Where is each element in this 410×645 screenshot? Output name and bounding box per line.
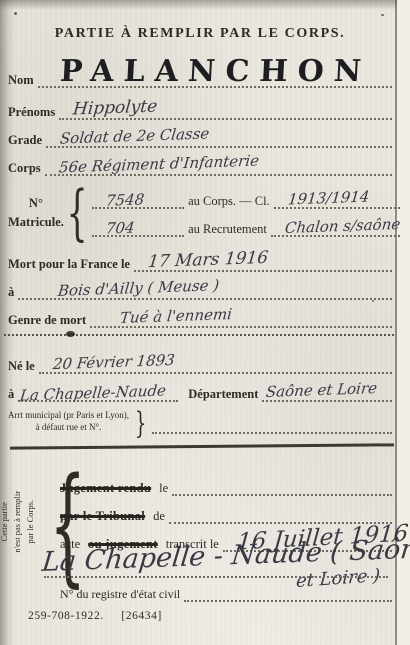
matricule-recrutement-seg: 704 — [92, 219, 184, 237]
genre-mort-line: Tué à l'ennemi — [90, 307, 392, 328]
ink-speck — [372, 300, 374, 302]
lieu-naissance-value: La Chapelle-Naude — [19, 381, 167, 404]
death-record-card: PARTIE À REMPLIR PAR LE CORPS. Nom PALAN… — [0, 0, 410, 645]
field-tribunal: par le Tribunal de — [56, 498, 392, 524]
section-divider — [4, 334, 394, 336]
tribunal-label: de — [149, 509, 169, 524]
field-nom: Nom PALANCHON — [8, 54, 392, 88]
grade-line: Soldat de 2e Classe — [46, 127, 392, 148]
corps-label: Corps — [8, 161, 45, 176]
arrondissement-label-line2: à défaut rue et N°. — [8, 421, 129, 433]
scan-edge-top — [0, 0, 410, 10]
printer-code-number: 259-708-1922. — [28, 610, 104, 622]
au-corps-label: au Corps. — Cl. — [184, 194, 274, 209]
genre-mort-label: Genre de mort — [8, 313, 90, 328]
departement-label: Département — [178, 387, 262, 402]
registre-line — [184, 600, 392, 602]
departement-value: Saône et Loire — [265, 379, 378, 401]
matricule-recrutement-value: 704 — [105, 218, 136, 237]
nom-label: Nom — [8, 73, 38, 88]
mort-label: Mort pour la France le — [8, 257, 134, 272]
tribunal-struck-text: par le Tribunal — [56, 509, 149, 524]
registre-label: N° du registre d'état civil — [56, 587, 184, 602]
genre-mort-value: Tué à l'ennemi — [119, 305, 233, 327]
matricule-label-name: Matricule. — [8, 213, 64, 232]
recrutement-value: Chalon s/saône — [284, 215, 401, 237]
lieu-naissance-line: La Chapelle-Naude — [18, 384, 178, 402]
matricule-corps-line: 7548 au Corps. — Cl. 1913/1914 — [92, 189, 400, 209]
matricule-label: N° Matricule. — [8, 194, 64, 232]
field-jugement: Jugement rendu le — [56, 470, 392, 496]
classe-value: 1913/1914 — [287, 188, 370, 209]
field-ne-le: Né le 20 Février 1893 — [8, 350, 392, 374]
field-lieu-naissance: à La Chapelle-Naude Département Saône et… — [8, 378, 392, 402]
corps-value: 56e Régiment d'Infanterie — [58, 151, 260, 176]
ink-speck — [14, 12, 17, 15]
matricule-lines: 7548 au Corps. — Cl. 1913/1914 704 au Re… — [92, 189, 400, 237]
printer-code-ref: [26434] — [121, 610, 162, 622]
arrondissement-line — [152, 432, 392, 434]
ink-speck — [381, 14, 384, 16]
matricule-corps-value: 7548 — [105, 190, 145, 209]
acte-place-line — [44, 576, 388, 578]
matricule-corps-seg: 7548 — [92, 191, 184, 209]
field-lieu-mort: à Bois d'Ailly ( Meuse ) — [8, 276, 392, 300]
lieu-mort-label: à — [8, 285, 18, 300]
ne-le-line: 20 Février 1893 — [39, 353, 392, 374]
page-title: PARTIE À REMPLIR PAR LE CORPS. — [0, 26, 400, 42]
au-recrutement-label: au Recrutement — [184, 222, 271, 237]
printer-code: 259-708-1922. [26434] — [28, 610, 176, 622]
corps-line: 56e Régiment d'Infanterie — [45, 155, 392, 176]
arrondissement-label-line1: Arrt municipal (pr Paris et Lyon), — [8, 409, 129, 421]
mort-value: 17 Mars 1916 — [147, 248, 269, 272]
mort-line: 17 Mars 1916 — [134, 250, 392, 272]
prenoms-value: Hippolyte — [72, 96, 158, 119]
ne-le-label: Né le — [8, 359, 39, 374]
jugement-label: le — [155, 481, 172, 496]
matricule-label-no: N° — [8, 194, 64, 213]
field-corps: Corps 56e Régiment d'Infanterie — [8, 152, 392, 176]
matricule-brace-icon: { — [66, 183, 87, 243]
field-mort: Mort pour la France le 17 Mars 1916 — [8, 248, 392, 272]
nom-value: PALANCHON — [59, 54, 372, 89]
side-note-line3: par le Corps. — [25, 466, 38, 578]
field-registre: N° du registre d'état civil — [56, 582, 392, 602]
ne-le-value: 20 Février 1893 — [52, 351, 176, 373]
side-note-line2: n'est pas à remplir — [11, 466, 24, 578]
grade-label: Grade — [8, 133, 46, 148]
field-matricule: N° Matricule. { 7548 au Corps. — Cl. 191… — [8, 182, 392, 244]
departement-line: Saône et Loire — [262, 381, 392, 402]
section-rule — [10, 443, 394, 449]
field-arrondissement: Arrt municipal (pr Paris et Lyon), à déf… — [8, 404, 392, 438]
lieu-mort-value: Bois d'Ailly ( Meuse ) — [57, 276, 220, 300]
lieu-naissance-label: à — [8, 387, 18, 402]
matricule-recrutement-line: 704 au Recrutement Chalon s/saône — [92, 217, 400, 237]
nom-line: PALANCHON — [38, 54, 392, 88]
side-note: Cette partie n'est pas à remplir par le … — [0, 466, 38, 578]
grade-value: Soldat de 2e Classe — [59, 124, 210, 147]
jugement-struck-text: Jugement rendu — [56, 481, 155, 496]
jugement-line — [172, 494, 392, 496]
prenoms-label: Prénoms — [8, 105, 59, 120]
prenoms-line: Hippolyte — [59, 98, 392, 120]
classe-seg: 1913/1914 — [274, 189, 401, 209]
field-genre-mort: Genre de mort Tué à l'ennemi — [8, 304, 392, 328]
arrondissement-label: Arrt municipal (pr Paris et Lyon), à déf… — [8, 409, 129, 433]
side-note-line1: Cette partie — [0, 466, 11, 578]
field-grade: Grade Soldat de 2e Classe — [8, 124, 392, 148]
field-prenoms: Prénoms Hippolyte — [8, 96, 392, 120]
ink-blot — [66, 331, 75, 337]
lieu-mort-line: Bois d'Ailly ( Meuse ) — [18, 279, 392, 300]
arrondissement-brace-icon: } — [135, 409, 146, 439]
recrutement-seg: Chalon s/saône — [271, 217, 400, 237]
